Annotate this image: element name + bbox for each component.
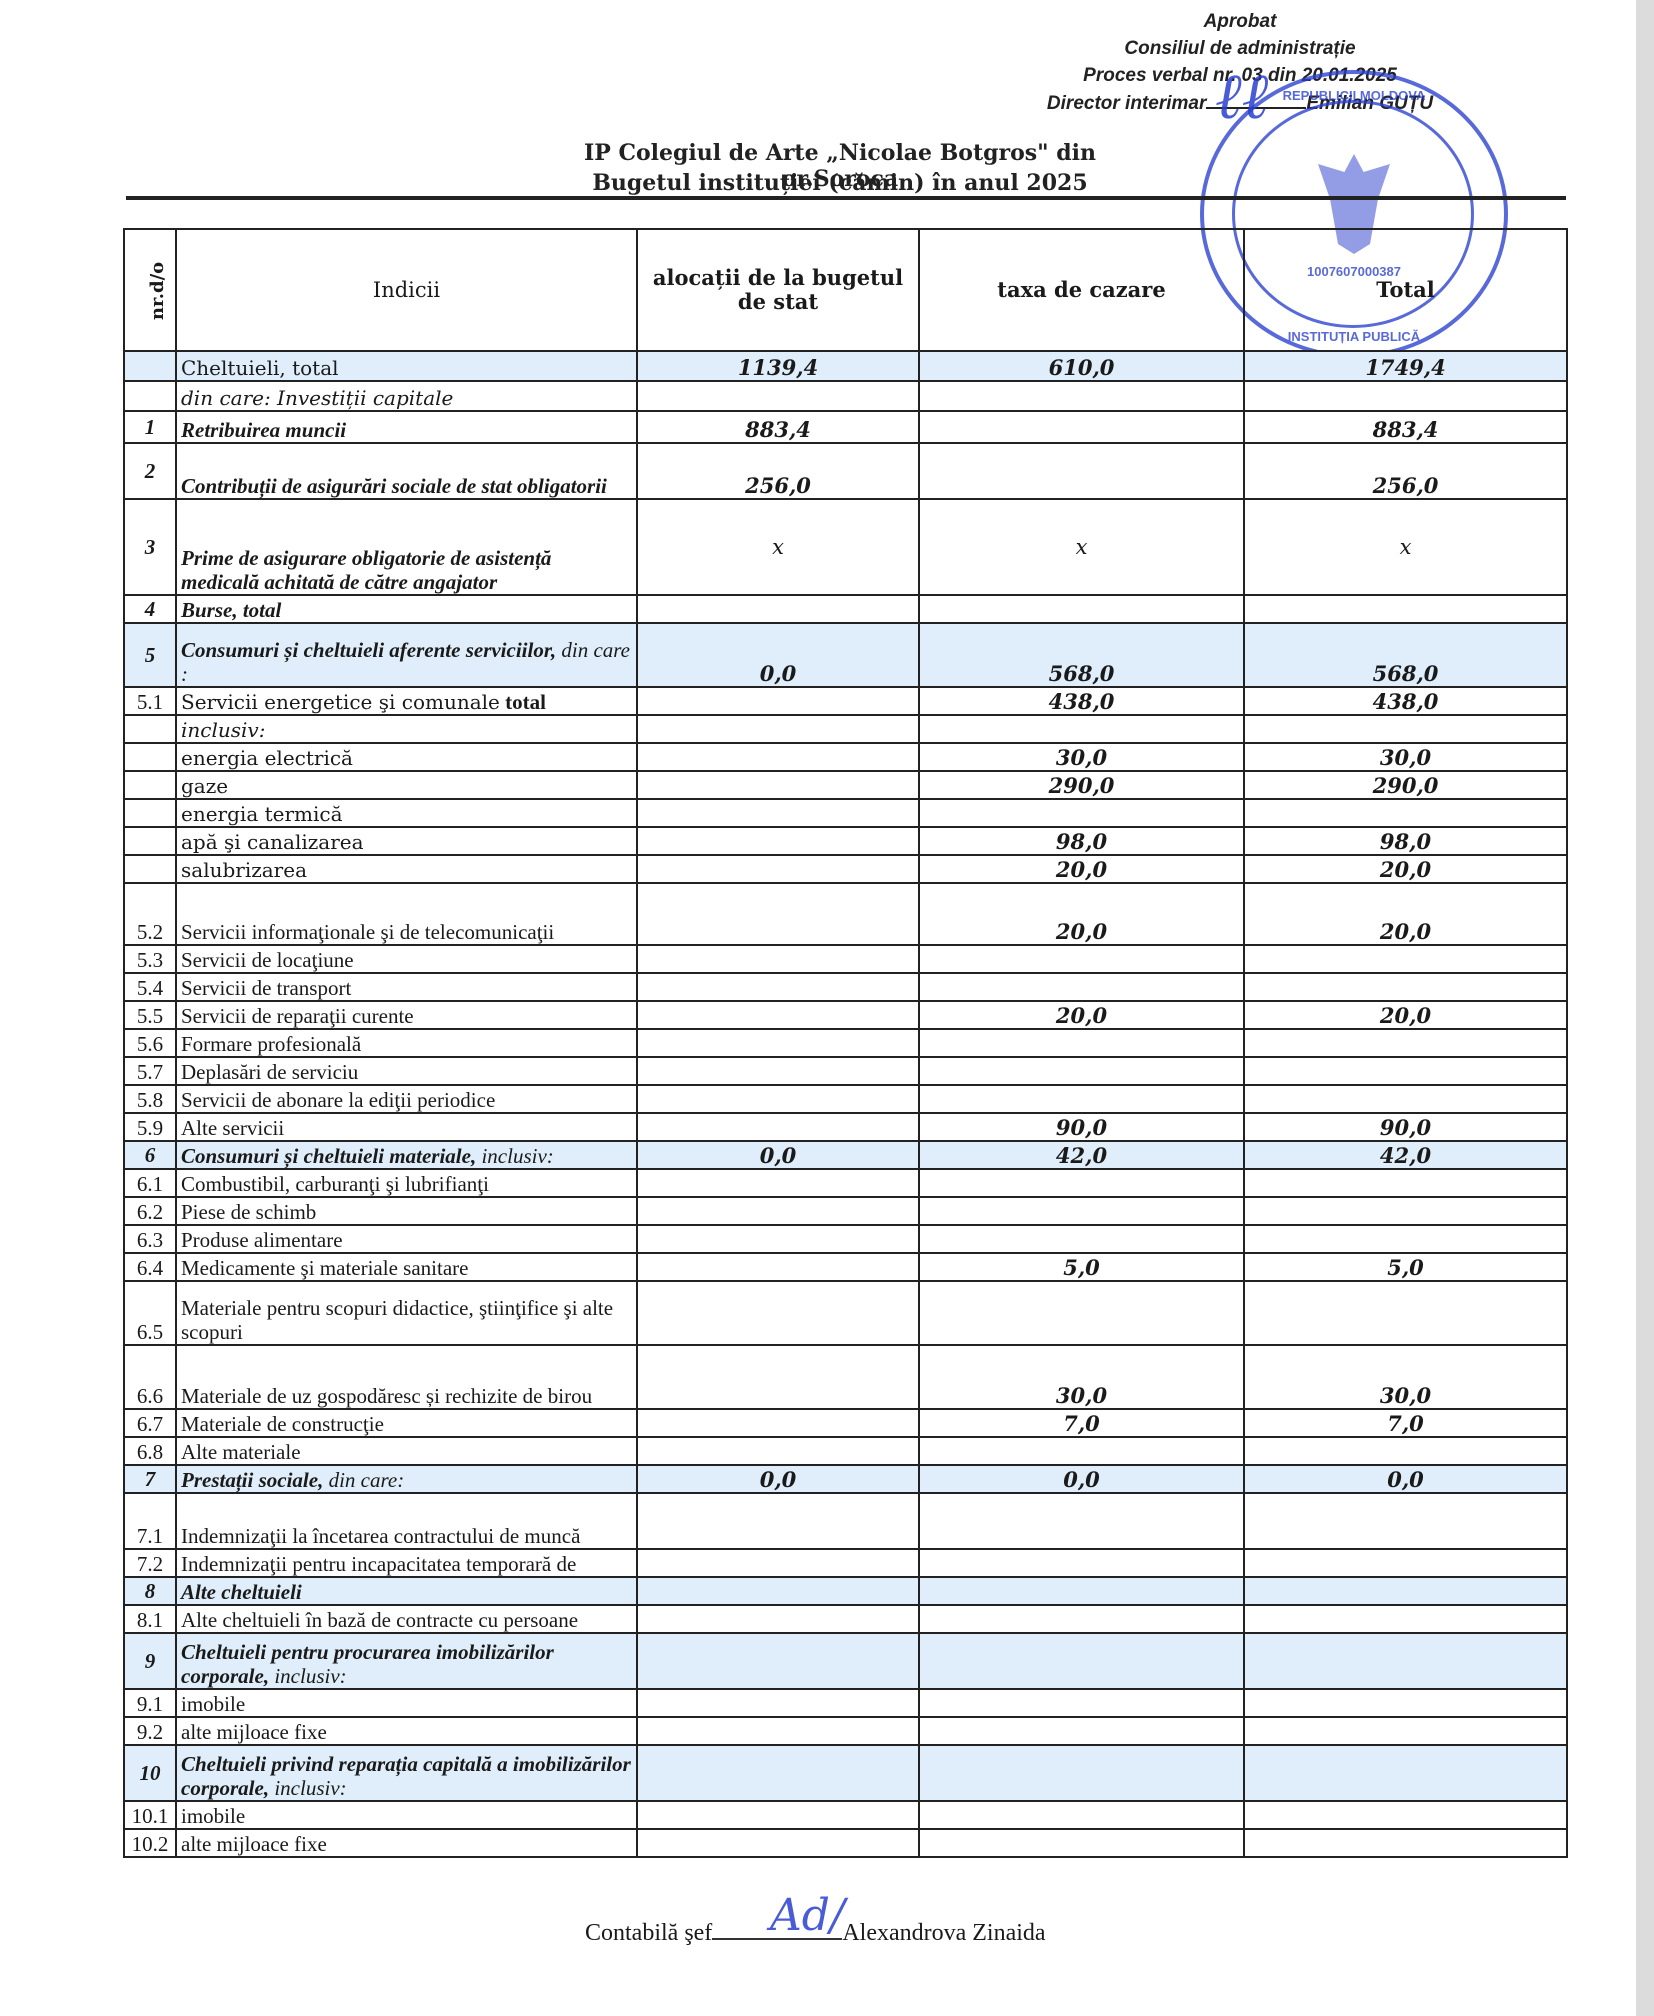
row-number: 9.1	[124, 1689, 176, 1717]
row-label: Materiale de construcţie	[176, 1409, 637, 1437]
cell-state	[637, 1029, 919, 1057]
row-label: Alte materiale	[176, 1437, 637, 1465]
row-label: imobile	[176, 1801, 637, 1829]
cell-fee	[919, 1717, 1244, 1745]
cell-total	[1244, 1085, 1567, 1113]
cell-total	[1244, 1605, 1567, 1633]
cell-state: 883,4	[637, 411, 919, 443]
table-row: 5.5Servicii de reparaţii curente20,020,0	[124, 1001, 1567, 1029]
cell-total: 438,0	[1244, 687, 1567, 715]
cell-state	[637, 1577, 919, 1605]
row-number: 5.2	[124, 883, 176, 945]
col-header-indicator: Indicii	[176, 229, 637, 351]
table-row: 6.5Materiale pentru scopuri didactice, ş…	[124, 1281, 1567, 1345]
row-number: 5.4	[124, 973, 176, 1001]
cell-total	[1244, 1633, 1567, 1689]
cell-fee: 7,0	[919, 1409, 1244, 1437]
cell-state	[637, 1197, 919, 1225]
cell-total	[1244, 1281, 1567, 1345]
table-row: 5.8Servicii de abonare la ediţii periodi…	[124, 1085, 1567, 1113]
cell-state	[637, 1113, 919, 1141]
table-row: energia electrică30,030,0	[124, 743, 1567, 771]
cell-state	[637, 1689, 919, 1717]
cell-fee: 5,0	[919, 1253, 1244, 1281]
cell-fee: 98,0	[919, 827, 1244, 855]
row-label: Servicii de transport	[176, 973, 637, 1001]
cell-fee: 0,0	[919, 1465, 1244, 1493]
table-row: 5.2Servicii informaţionale şi de telecom…	[124, 883, 1567, 945]
col-header-total: Total	[1244, 229, 1567, 351]
accountant-role: Contabilă şef	[585, 1920, 712, 1946]
cell-state	[637, 743, 919, 771]
cell-fee	[919, 1169, 1244, 1197]
cell-state	[637, 1633, 919, 1689]
row-label: din care: Investiții capitale	[176, 381, 637, 411]
cell-state	[637, 945, 919, 973]
accountant-signature: Ad/	[770, 1890, 845, 1941]
row-label: Servicii energetice şi comunale total	[176, 687, 637, 715]
table-row: 9.1imobile	[124, 1689, 1567, 1717]
cell-fee	[919, 1281, 1244, 1345]
row-label: Cheltuieli pentru procurarea imobilizări…	[176, 1633, 637, 1689]
row-number: 6.5	[124, 1281, 176, 1345]
row-number: 8.1	[124, 1605, 176, 1633]
row-label: Indemnizaţii pentru incapacitatea tempor…	[176, 1549, 637, 1577]
row-number	[124, 855, 176, 883]
row-number: 5.6	[124, 1029, 176, 1057]
cell-fee	[919, 1633, 1244, 1689]
cell-fee	[919, 1029, 1244, 1057]
cell-fee	[919, 945, 1244, 973]
cell-total: 20,0	[1244, 1001, 1567, 1029]
row-label: energia electrică	[176, 743, 637, 771]
cell-fee: 30,0	[919, 743, 1244, 771]
cell-fee: 438,0	[919, 687, 1244, 715]
cell-total	[1244, 1437, 1567, 1465]
cell-fee	[919, 1549, 1244, 1577]
row-label: Combustibil, carburanţi şi lubrifianţi	[176, 1169, 637, 1197]
cell-fee	[919, 1829, 1244, 1857]
cell-state	[637, 1281, 919, 1345]
cell-total: 883,4	[1244, 411, 1567, 443]
row-number: 6.3	[124, 1225, 176, 1253]
row-number: 5	[124, 623, 176, 687]
cell-state: 0,0	[637, 1141, 919, 1169]
row-label: inclusiv:	[176, 715, 637, 743]
row-label: alte mijloace fixe	[176, 1717, 637, 1745]
cell-total	[1244, 945, 1567, 973]
cell-fee	[919, 973, 1244, 1001]
row-number	[124, 799, 176, 827]
cell-fee: 90,0	[919, 1113, 1244, 1141]
cell-total: 290,0	[1244, 771, 1567, 799]
row-label: Cheltuieli privind reparația capitală a …	[176, 1745, 637, 1801]
table-row: 2Contribuții de asigurări sociale de sta…	[124, 443, 1567, 499]
cell-state: x	[637, 499, 919, 595]
cell-state	[637, 1085, 919, 1113]
table-row: 1Retribuirea muncii883,4883,4	[124, 411, 1567, 443]
row-number: 4	[124, 595, 176, 623]
cell-total	[1244, 1493, 1567, 1549]
row-number: 5.5	[124, 1001, 176, 1029]
cell-state: 256,0	[637, 443, 919, 499]
table-row: Cheltuieli, total1139,4610,01749,4	[124, 351, 1567, 381]
table-row: 6.4Medicamente şi materiale sanitare5,05…	[124, 1253, 1567, 1281]
cell-fee	[919, 1057, 1244, 1085]
row-label: Prestații sociale, din care:	[176, 1465, 637, 1493]
budget-subtitle: Bugetul instituției (cămin) în anul 2025	[530, 170, 1150, 196]
cell-fee: 610,0	[919, 351, 1244, 381]
cell-state	[637, 1717, 919, 1745]
table-row: 5.9Alte servicii90,090,0	[124, 1113, 1567, 1141]
table-row: 5.7Deplasări de serviciu	[124, 1057, 1567, 1085]
row-label: Cheltuieli, total	[176, 351, 637, 381]
row-label: Alte cheltuieli în bază de contracte cu …	[176, 1605, 637, 1633]
cell-fee	[919, 1437, 1244, 1465]
row-number: 6.8	[124, 1437, 176, 1465]
row-label: Alte cheltuieli	[176, 1577, 637, 1605]
cell-total	[1244, 1029, 1567, 1057]
cell-total	[1244, 1745, 1567, 1801]
cell-total	[1244, 1197, 1567, 1225]
cell-fee	[919, 1577, 1244, 1605]
cell-total	[1244, 1801, 1567, 1829]
row-label: Formare profesională	[176, 1029, 637, 1057]
row-label: Retribuirea muncii	[176, 411, 637, 443]
row-label: salubrizarea	[176, 855, 637, 883]
cell-total	[1244, 1549, 1567, 1577]
table-header-row: nr.d/o Indicii alocații de la bugetul de…	[124, 229, 1567, 351]
cell-fee: 290,0	[919, 771, 1244, 799]
row-number	[124, 743, 176, 771]
cell-total	[1244, 799, 1567, 827]
row-number: 1	[124, 411, 176, 443]
cell-total	[1244, 1829, 1567, 1857]
table-row: 8.1Alte cheltuieli în bază de contracte …	[124, 1605, 1567, 1633]
cell-total	[1244, 1717, 1567, 1745]
cell-fee	[919, 1605, 1244, 1633]
row-label: Produse alimentare	[176, 1225, 637, 1253]
table-row: 6Consumuri și cheltuieli materiale, incl…	[124, 1141, 1567, 1169]
table-row: din care: Investiții capitale	[124, 381, 1567, 411]
table-row: salubrizarea20,020,0	[124, 855, 1567, 883]
table-row: 6.1Combustibil, carburanţi şi lubrifianţ…	[124, 1169, 1567, 1197]
cell-total: 90,0	[1244, 1113, 1567, 1141]
row-label: Piese de schimb	[176, 1197, 637, 1225]
row-number: 5.7	[124, 1057, 176, 1085]
row-label: alte mijloace fixe	[176, 1829, 637, 1857]
table-row: 10.1imobile	[124, 1801, 1567, 1829]
cell-state	[637, 715, 919, 743]
table-row: 5.3Servicii de locaţiune	[124, 945, 1567, 973]
cell-state	[637, 1225, 919, 1253]
cell-state	[637, 1493, 919, 1549]
table-row: 4Burse, total	[124, 595, 1567, 623]
row-label: Consumuri și cheltuieli aferente servici…	[176, 623, 637, 687]
cell-total	[1244, 595, 1567, 623]
cell-fee	[919, 1197, 1244, 1225]
table-row: 10Cheltuieli privind reparația capitală …	[124, 1745, 1567, 1801]
cell-state	[637, 1253, 919, 1281]
table-row: 6.7Materiale de construcţie7,07,0	[124, 1409, 1567, 1437]
row-label: Contribuții de asigurări sociale de stat…	[176, 443, 637, 499]
row-label: Medicamente şi materiale sanitare	[176, 1253, 637, 1281]
cell-total: 30,0	[1244, 1345, 1567, 1409]
row-label: imobile	[176, 1689, 637, 1717]
row-number: 10.2	[124, 1829, 176, 1857]
table-row: 5Consumuri și cheltuieli aferente servic…	[124, 623, 1567, 687]
cell-state	[637, 1829, 919, 1857]
row-label: Materiale pentru scopuri didactice, ştii…	[176, 1281, 637, 1345]
row-number: 6.2	[124, 1197, 176, 1225]
director-signature: ℓℓ	[1215, 60, 1268, 134]
row-label: Consumuri și cheltuieli materiale, inclu…	[176, 1141, 637, 1169]
table-row: 6.8Alte materiale	[124, 1437, 1567, 1465]
cell-state	[637, 595, 919, 623]
cell-total	[1244, 1689, 1567, 1717]
cell-state	[637, 1169, 919, 1197]
cell-state	[637, 1549, 919, 1577]
cell-state	[637, 1409, 919, 1437]
cell-fee	[919, 411, 1244, 443]
cell-fee	[919, 1225, 1244, 1253]
cell-state	[637, 1057, 919, 1085]
cell-fee: 30,0	[919, 1345, 1244, 1409]
cell-total: 20,0	[1244, 883, 1567, 945]
table-row: 8Alte cheltuieli	[124, 1577, 1567, 1605]
cell-state	[637, 771, 919, 799]
cell-total: x	[1244, 499, 1567, 595]
row-number: 6	[124, 1141, 176, 1169]
cell-fee	[919, 799, 1244, 827]
cell-state: 0,0	[637, 1465, 919, 1493]
row-number: 5.9	[124, 1113, 176, 1141]
cell-total	[1244, 1057, 1567, 1085]
row-number: 7.2	[124, 1549, 176, 1577]
cell-fee	[919, 1493, 1244, 1549]
row-number: 7.1	[124, 1493, 176, 1549]
row-label: Servicii de locaţiune	[176, 945, 637, 973]
row-number: 5.3	[124, 945, 176, 973]
row-number	[124, 827, 176, 855]
budget-table: nr.d/o Indicii alocații de la bugetul de…	[123, 228, 1568, 1858]
row-label: apă şi canalizarea	[176, 827, 637, 855]
table-row: 7Prestații sociale, din care:0,00,00,0	[124, 1465, 1567, 1493]
cell-total: 0,0	[1244, 1465, 1567, 1493]
row-label: Servicii de reparaţii curente	[176, 1001, 637, 1029]
row-number: 2	[124, 443, 176, 499]
cell-state	[637, 1001, 919, 1029]
cell-total	[1244, 973, 1567, 1001]
cell-state	[637, 1745, 919, 1801]
approval-council: Consiliul de administrație	[1020, 35, 1460, 62]
cell-total: 20,0	[1244, 855, 1567, 883]
cell-fee: 42,0	[919, 1141, 1244, 1169]
cell-total: 30,0	[1244, 743, 1567, 771]
cell-state: 1139,4	[637, 351, 919, 381]
cell-fee: 568,0	[919, 623, 1244, 687]
row-number: 6.6	[124, 1345, 176, 1409]
table-row: gaze290,0290,0	[124, 771, 1567, 799]
table-row: energia termică	[124, 799, 1567, 827]
table-row: 7.2Indemnizaţii pentru incapacitatea tem…	[124, 1549, 1567, 1577]
table-row: 5.6Formare profesională	[124, 1029, 1567, 1057]
row-label: Servicii de abonare la ediţii periodice	[176, 1085, 637, 1113]
table-row: 10.2alte mijloace fixe	[124, 1829, 1567, 1857]
row-label: Materiale de uz gospodăresc și rechizite…	[176, 1345, 637, 1409]
cell-state	[637, 1605, 919, 1633]
table-row: 5.4Servicii de transport	[124, 973, 1567, 1001]
table-row: 9Cheltuieli pentru procurarea imobilizăr…	[124, 1633, 1567, 1689]
table-row: inclusiv:	[124, 715, 1567, 743]
title-rule	[126, 196, 1566, 200]
row-label: Servicii informaţionale şi de telecomuni…	[176, 883, 637, 945]
cell-fee	[919, 1689, 1244, 1717]
cell-total: 256,0	[1244, 443, 1567, 499]
row-number: 6.7	[124, 1409, 176, 1437]
row-number: 6.4	[124, 1253, 176, 1281]
cell-state	[637, 827, 919, 855]
table-row: apă şi canalizarea98,098,0	[124, 827, 1567, 855]
cell-fee: 20,0	[919, 1001, 1244, 1029]
cell-total: 42,0	[1244, 1141, 1567, 1169]
row-label: Burse, total	[176, 595, 637, 623]
cell-state	[637, 1437, 919, 1465]
row-number: 8	[124, 1577, 176, 1605]
scan-edge	[1636, 0, 1654, 2016]
cell-total	[1244, 1225, 1567, 1253]
cell-fee	[919, 381, 1244, 411]
cell-fee	[919, 443, 1244, 499]
table-row: 3Prime de asigurare obligatorie de asist…	[124, 499, 1567, 595]
cell-fee: 20,0	[919, 883, 1244, 945]
cell-fee	[919, 1085, 1244, 1113]
cell-state	[637, 687, 919, 715]
cell-fee: 20,0	[919, 855, 1244, 883]
cell-total: 98,0	[1244, 827, 1567, 855]
cell-state	[637, 883, 919, 945]
accountant-name: Alexandrova Zinaida	[842, 1920, 1045, 1946]
cell-fee	[919, 715, 1244, 743]
col-header-fee: taxa de cazare	[919, 229, 1244, 351]
cell-state	[637, 381, 919, 411]
row-label: Indemnizaţii la încetarea contractului d…	[176, 1493, 637, 1549]
cell-total: 1749,4	[1244, 351, 1567, 381]
cell-fee: x	[919, 499, 1244, 595]
row-number	[124, 715, 176, 743]
row-label: Prime de asigurare obligatorie de asiste…	[176, 499, 637, 595]
row-number	[124, 771, 176, 799]
cell-fee	[919, 595, 1244, 623]
cell-total	[1244, 715, 1567, 743]
cell-total: 5,0	[1244, 1253, 1567, 1281]
table-row: 9.2alte mijloace fixe	[124, 1717, 1567, 1745]
row-number: 6.1	[124, 1169, 176, 1197]
cell-fee	[919, 1745, 1244, 1801]
cell-state	[637, 799, 919, 827]
row-label: Alte servicii	[176, 1113, 637, 1141]
row-number: 10.1	[124, 1801, 176, 1829]
cell-state	[637, 1345, 919, 1409]
cell-total: 7,0	[1244, 1409, 1567, 1437]
table-row: 6.6Materiale de uz gospodăresc și rechiz…	[124, 1345, 1567, 1409]
table-row: 5.1Servicii energetice şi comunale total…	[124, 687, 1567, 715]
row-number	[124, 351, 176, 381]
row-number: 5.8	[124, 1085, 176, 1113]
table-row: 6.2Piese de schimb	[124, 1197, 1567, 1225]
row-number: 7	[124, 1465, 176, 1493]
cell-fee	[919, 1801, 1244, 1829]
cell-total	[1244, 1169, 1567, 1197]
row-label: gaze	[176, 771, 637, 799]
approval-title: Aprobat	[1020, 8, 1460, 35]
cell-state	[637, 855, 919, 883]
row-label: energia termică	[176, 799, 637, 827]
col-header-state: alocații de la bugetul de stat	[637, 229, 919, 351]
cell-total: 568,0	[1244, 623, 1567, 687]
col-header-nr: nr.d/o	[124, 229, 176, 351]
row-number: 5.1	[124, 687, 176, 715]
cell-total	[1244, 381, 1567, 411]
row-number: 9.2	[124, 1717, 176, 1745]
row-number: 3	[124, 499, 176, 595]
row-number: 10	[124, 1745, 176, 1801]
cell-state	[637, 973, 919, 1001]
cell-state	[637, 1801, 919, 1829]
cell-total	[1244, 1577, 1567, 1605]
row-number	[124, 381, 176, 411]
table-row: 6.3Produse alimentare	[124, 1225, 1567, 1253]
row-label: Deplasări de serviciu	[176, 1057, 637, 1085]
row-number: 9	[124, 1633, 176, 1689]
table-row: 7.1Indemnizaţii la încetarea contractulu…	[124, 1493, 1567, 1549]
cell-state: 0,0	[637, 623, 919, 687]
